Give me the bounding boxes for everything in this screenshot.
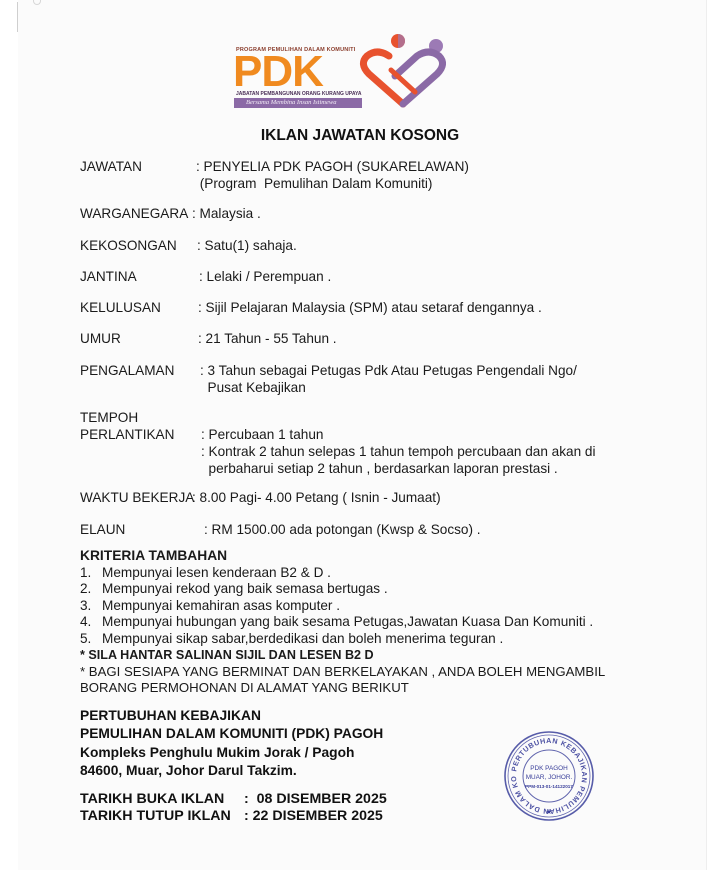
note-application-form: * BAGI SESIAPA YANG BERMINAT DAN BERKELA… [80, 664, 605, 681]
field-value: : Kontrak 2 tahun selepas 1 tahun tempoh… [201, 443, 596, 460]
field-label: KEKOSONGAN [80, 237, 177, 254]
open-date-value: : 08 DISEMBER 2025 [244, 791, 387, 808]
field-value-cont: Pusat Kebajikan [200, 379, 577, 396]
note-application-form-cont: BORANG PERMOHONAN DI ALAMAT YANG BERIKUT [80, 680, 605, 697]
field-label: TEMPOH [80, 409, 174, 426]
logo-wordmark: PDK [233, 50, 323, 94]
address-line: PERTUBUHAN KEBAJIKAN [80, 707, 383, 725]
field-value: : 8.00 Pagi- 4.00 Petang ( Isnin - Jumaa… [192, 489, 441, 506]
field-value: : 3 Tahun sebagai Petugas Pdk Atau Petug… [200, 362, 577, 379]
field-label: JAWATAN [80, 158, 142, 175]
scan-edge-mark [17, 2, 18, 32]
list-item: 5.Mempunyai sikap sabar,berdedikasi dan … [80, 631, 605, 648]
field-label: WAKTU BEKERJA [80, 489, 194, 506]
field-label: JANTINA [80, 268, 137, 285]
close-date-value: : 22 DISEMBER 2025 [244, 808, 383, 825]
address-line: Kompleks Penghulu Mukim Jorak / Pagoh [80, 744, 383, 762]
organization-address: PERTUBUHAN KEBAJIKAN PEMULIHAN DALAM KOM… [80, 707, 383, 780]
field-label: KELULUSAN [80, 299, 161, 316]
field-value: : Satu(1) sahaja. [197, 237, 297, 254]
address-line: 84600, Muar, Johor Darul Takzim. [80, 762, 383, 780]
field-label-cont: PERLANTIKAN [80, 426, 174, 443]
pdk-logo: PROGRAM PEMULIHAN DALAM KOMUNITI PDK JAB… [230, 34, 450, 114]
field-value: : PENYELIA PDK PAGOH (SUKARELAWAN) [196, 158, 469, 175]
field-label: UMUR [80, 330, 121, 347]
kriteria-heading: KRITERIA TAMBAHAN [80, 548, 605, 565]
field-value-cont: (Program Pemulihan Dalam Komuniti) [196, 175, 469, 192]
note-submit-copies: * SILA HANTAR SALINAN SIJIL DAN LESEN B2… [80, 647, 605, 664]
field-value-cont: perbaharui setiap 2 tahun , berdasarkan … [201, 460, 596, 477]
page-title: IKLAN JAWATAN KOSONG [0, 127, 720, 145]
svg-text:PDK PAGOH: PDK PAGOH [530, 765, 568, 772]
logo-department-name: JABATAN PEMBANGUNAN ORANG KURANG UPAYA [236, 91, 361, 97]
field-value: : Percubaan 1 tahun [201, 426, 596, 443]
list-item: 3.Mempunyai kemahiran asas komputer . [80, 598, 605, 615]
field-value: : RM 1500.00 ada potongan (Kwsp & Socso)… [204, 521, 481, 538]
logo-tagline: Bersama Membina Insan Istimewa [246, 98, 336, 108]
heart-people-icon [355, 30, 455, 114]
list-item: 1.Mempunyai lesen kenderaan B2 & D . [80, 565, 605, 582]
close-date-label: TARIKH TUTUP IKLAN [80, 808, 231, 825]
field-value: : 21 Tahun - 55 Tahun . [198, 330, 337, 347]
svg-text:PPM-013-01-14122017: PPM-013-01-14122017 [525, 784, 573, 789]
svg-text:★: ★ [546, 808, 552, 816]
address-line: PEMULIHAN DALAM KOMUNITI (PDK) PAGOH [80, 725, 383, 743]
field-label: PENGALAMAN [80, 362, 174, 379]
list-item: 4.Mempunyai hubungan yang baik sesama Pe… [80, 614, 605, 631]
field-value: : Malaysia . [192, 205, 261, 222]
open-date-label: TARIKH BUKA IKLAN [80, 791, 224, 808]
stamp-seal-icon: PERTUBUHAN KEBAJIKAN PEMULIHAN DALAM KOM… [503, 730, 595, 822]
list-item: 2.Mempunyai rekod yang baik semasa bertu… [80, 581, 605, 598]
kriteria-section: KRITERIA TAMBAHAN 1.Mempunyai lesen kend… [80, 548, 605, 697]
field-label: WARGANEGARA [80, 205, 188, 222]
svg-text:MUAR, JOHOR.: MUAR, JOHOR. [526, 774, 573, 781]
field-value: : Sijil Pelajaran Malaysia (SPM) atau se… [198, 299, 542, 316]
official-stamp: PERTUBUHAN KEBAJIKAN PEMULIHAN DALAM KOM… [503, 730, 595, 822]
field-label: ELAUN [80, 521, 125, 538]
field-value: : Lelaki / Perempuan . [199, 268, 331, 285]
